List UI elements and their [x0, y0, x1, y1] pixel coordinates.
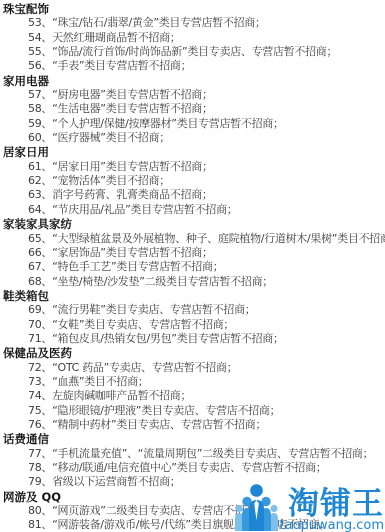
list-item: 67、“特色手工艺”类目专营店暂不招商；	[3, 260, 385, 274]
list-item: 78、“移动/联通/电信充值中心”类目专卖店、专营店暂不招商；	[3, 461, 385, 475]
section-heading: 话费通信	[3, 432, 385, 446]
list-item: 53、“珠宝/钻石/翡翠/黄金”类目专营店暂不招商；	[3, 16, 385, 30]
people-group-icon	[234, 482, 279, 532]
section-heading: 珠宝配饰	[3, 2, 385, 16]
list-item: 64、“节庆用品/礼品”类目专营店暂不招商；	[3, 203, 385, 217]
section-heading: 家装家具家纺	[3, 217, 385, 231]
list-item: 56、“手表”类目专营店暂不招商；	[3, 59, 385, 73]
watermark-brand: 淘铺王	[288, 490, 384, 519]
list-item: 69、“流行男鞋”类目专卖店、专营店暂不招商；	[3, 303, 385, 317]
list-item: 62、“宠物活体”类目不招商；	[3, 174, 385, 188]
list-item: 65、“大型绿植盆景及外展植物、种子、庭院植物/行道树木/果树”类目不招商；	[3, 232, 385, 246]
list-item: 55、“饰品/流行首饰/时尚饰品新”类目专卖店、专营店暂不招商；	[3, 45, 385, 59]
list-item: 77、“手机流量充值”、“流量周期包”二级类目专卖店、专营店暂不招商；	[3, 447, 385, 461]
section-heading: 鞋类箱包	[3, 289, 385, 303]
section-heading: 保健品及医药	[3, 346, 385, 360]
list-item: 57、“厨房电器”类目专营店暂不招商；	[3, 88, 385, 102]
list-item: 59、“个人护理/保健/按摩器材”类目专营店暂不招商；	[3, 117, 385, 131]
list-item: 70、“女鞋”类目专卖店、专营店暂不招商；	[3, 318, 385, 332]
list-item: 54、天然红珊瑚商品暂不招商；	[3, 31, 385, 45]
section-heading: 居家日用	[3, 145, 385, 159]
list-item: 72、“OTC 药品”专卖店、专营店暂不招商；	[3, 361, 385, 375]
list-item: 66、“家居饰品”类目专营店暂不招商；	[3, 246, 385, 260]
watermark-logo: 淘铺王 taopuwang.com	[234, 482, 385, 532]
list-item: 60、“医疗器械”类目不招商；	[3, 131, 385, 145]
list-item: 74、左旋肉碱咖啡产品暂不招商；	[3, 389, 385, 403]
section-heading: 家用电器	[3, 74, 385, 88]
list-item: 61、“居家日用”类目专营店暂不招商；	[3, 160, 385, 174]
list-item: 71、“箱包皮具/热销女包/男包”类目专营店暂不招商；	[3, 332, 385, 346]
document-body: 珠宝配饰53、“珠宝/钻石/翡翠/黄金”类目专营店暂不招商；54、天然红珊瑚商品…	[0, 0, 385, 532]
list-item: 68、“坐垫/椅垫/沙发垫”二级类目专营店暂不招商；	[3, 275, 385, 289]
watermark-text: 淘铺王 taopuwang.com	[280, 490, 385, 532]
list-item: 75、“隐形眼镜/护理液”类目专卖店、专营店不招商；	[3, 404, 385, 418]
list-item: 73、“血燕”类目不招商；	[3, 375, 385, 389]
list-item: 63、消字号药膏、乳膏类商品不招商；	[3, 188, 385, 202]
watermark-domain: taopuwang.com	[280, 519, 385, 532]
list-item: 76、“精制中药材”类目专卖店、专营店暂不招商；	[3, 418, 385, 432]
list-item: 58、“生活电器”类目专营店暂不招商；	[3, 102, 385, 116]
